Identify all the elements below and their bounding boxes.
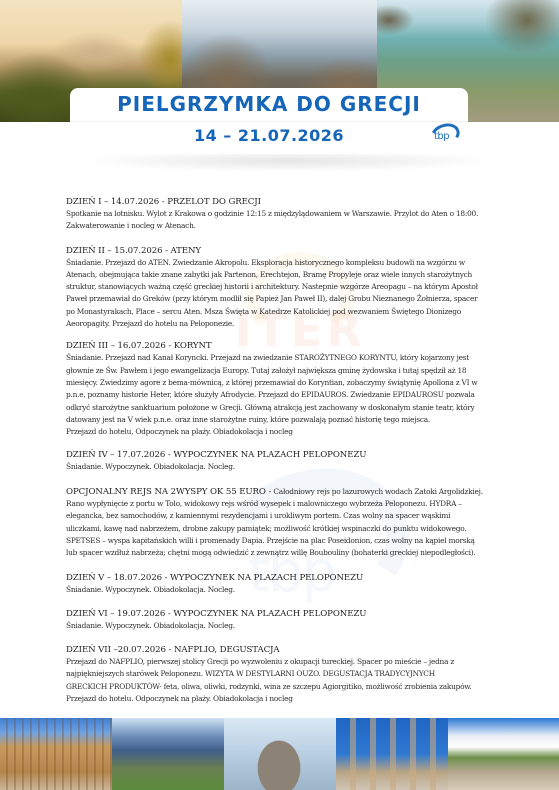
optional-cruise: OPCJONALNY REJS NA 2WYSPY OK 55 EURO - C… bbox=[66, 486, 506, 560]
day-description: Śniadanie. Wypoczynek. Obiadokolacja. No… bbox=[66, 620, 506, 632]
day-4: DZIEŃ IV – 17.07.2026 - WYPOCZYNEK NA PL… bbox=[66, 449, 506, 473]
day-heading: DZIEŃ I – 14.07.2026 - PRZELOT DO GRECJI bbox=[66, 196, 506, 208]
day-2: DZIEŃ II – 15.07.2026 - ATENY Śniadanie.… bbox=[66, 245, 506, 331]
itinerary: DZIEŃ I – 14.07.2026 - PRZELOT DO GRECJI… bbox=[66, 196, 506, 716]
day-1: DZIEŃ I – 14.07.2026 - PRZELOT DO GRECJI… bbox=[66, 196, 506, 233]
tbp-logo: tbp bbox=[430, 124, 460, 148]
day-5: DZIEŃ V – 18.07.2026 - WYPOCZYNEK NA PLA… bbox=[66, 572, 506, 596]
day-description: Śniadanie. Przejazd nad Kanał Koryncki. … bbox=[66, 352, 506, 438]
day-6: DZIEŃ VI – 19.07.2026 - WYPOCZYNEK NA PL… bbox=[66, 608, 506, 632]
optional-cruise-heading: OPCJONALNY REJS NA 2WYSPY OK 55 EURO - bbox=[66, 487, 271, 497]
meteora-monastery-photo bbox=[224, 718, 336, 790]
epidaurus-theater-photo bbox=[448, 718, 559, 790]
trip-dates: 14 – 21.07.2026 bbox=[70, 126, 468, 145]
day-description: Przejazd do NAFPLIO, pierwszej stolicy G… bbox=[66, 656, 506, 705]
day-description: Śniadanie. Wypoczynek. Obiadokolacja. No… bbox=[66, 584, 506, 596]
parthenon-photo bbox=[0, 718, 112, 790]
footer-photo-strip bbox=[0, 718, 559, 790]
day-description: Spotkanie na lotnisku. Wylot z Krakowa o… bbox=[66, 208, 506, 233]
day-3: DZIEŃ III – 16.07.2026 - KORYNT Śniadani… bbox=[66, 340, 506, 438]
page-title: PIELGRZYMKA DO GRECJI bbox=[70, 92, 468, 116]
day-heading: DZIEŃ VII –20.07.2026 - NAFPLIO, DEGUSTA… bbox=[66, 644, 506, 656]
title-card: PIELGRZYMKA DO GRECJI 14 – 21.07.2026 tb… bbox=[70, 88, 468, 154]
day-heading: DZIEŃ IV – 17.07.2026 - WYPOCZYNEK NA PL… bbox=[66, 449, 506, 461]
day-heading: DZIEŃ II – 15.07.2026 - ATENY bbox=[66, 245, 506, 257]
day-7: DZIEŃ VII –20.07.2026 - NAFPLIO, DEGUSTA… bbox=[66, 644, 506, 705]
day-heading: DZIEŃ III – 16.07.2026 - KORYNT bbox=[66, 340, 506, 352]
corinth-temple-photo bbox=[336, 718, 448, 790]
day-heading: DZIEŃ V – 18.07.2026 - WYPOCZYNEK NA PLA… bbox=[66, 572, 506, 584]
title-divider bbox=[70, 121, 468, 122]
day-description: Śniadanie. Wypoczynek. Obiadokolacja. No… bbox=[66, 461, 506, 473]
optional-cruise-description: OPCJONALNY REJS NA 2WYSPY OK 55 EURO - C… bbox=[66, 486, 506, 560]
day-description: Śniadanie. Przejazd do ATEN. Zwiedzanie … bbox=[66, 257, 506, 331]
logo-text: tbp bbox=[434, 131, 449, 142]
delphi-photo bbox=[112, 718, 224, 790]
day-heading: DZIEŃ VI – 19.07.2026 - WYPOCZYNEK NA PL… bbox=[66, 608, 506, 620]
